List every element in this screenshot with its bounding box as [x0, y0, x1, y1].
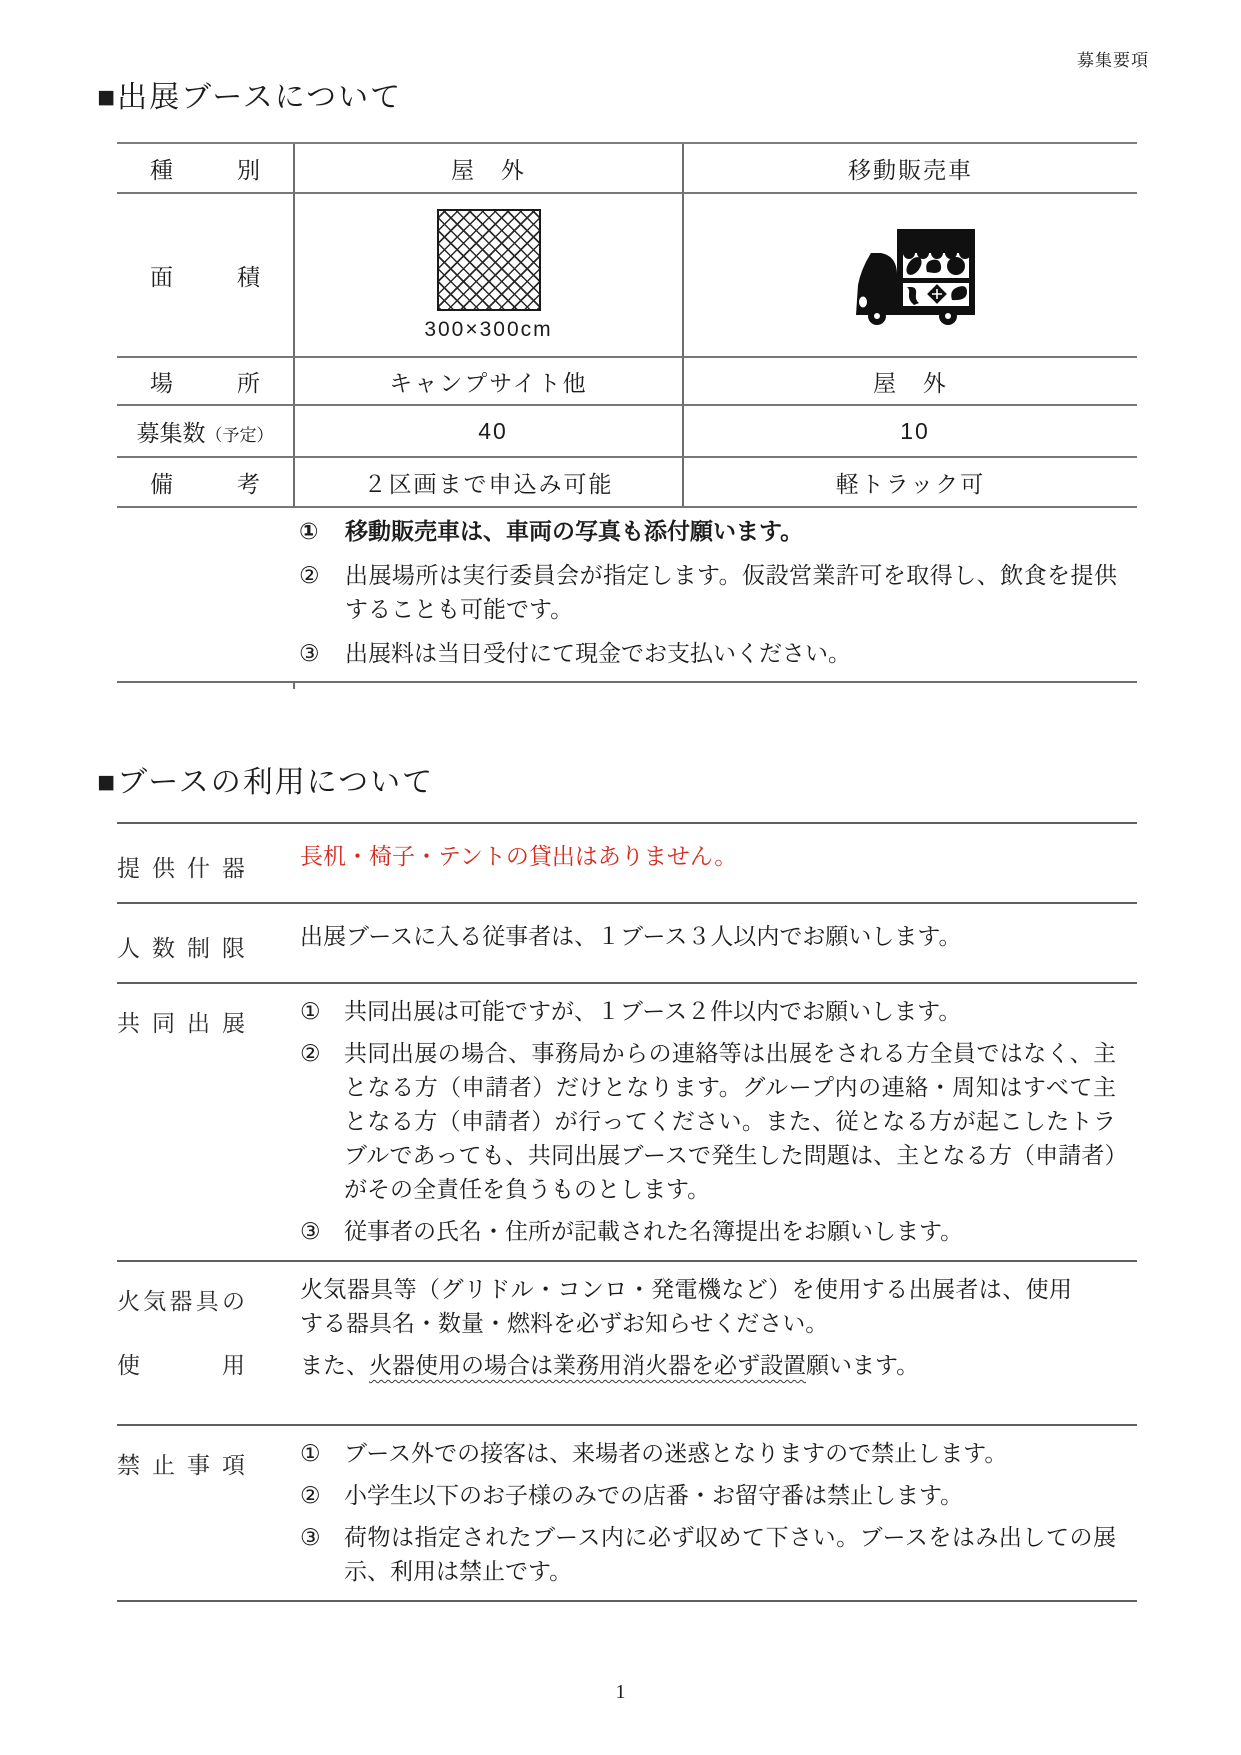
usage-section-title: ■ブースの利用について [97, 757, 434, 801]
usage-table: 提供什器 長机・椅子・テントの貸出はありません。 人数制限 出展ブースに入る従事… [117, 822, 1137, 1602]
note-number: ① [299, 514, 345, 548]
corner-label: 募集要項 [1077, 46, 1149, 71]
usage-row-fire-equipment: 火気器具の 使用 火気器具等（グリドル・コンロ・発電機など）を使用する出展者は、… [117, 1262, 1137, 1426]
row-label-prohibitions: 禁止事項 [117, 1448, 245, 1482]
row-label-staff-limit: 人数制限 [117, 931, 245, 965]
underlined-requirement: 火器使用の場合は業務用消火器を必ず設置 [369, 1352, 806, 1378]
staff-limit-text: 出展ブースに入る従事者は、１ブース３人以内でお願いします。 [300, 919, 1072, 965]
note-item: ③ 出展料は当日受付にて現金でお支払いください。 [299, 636, 1147, 670]
note-item: ① 移動販売車は、車両の写真も添付願います。 [299, 514, 1147, 548]
row-label-joint-exhibit: 共同出展 [117, 1006, 245, 1040]
fixtures-text: 長机・椅子・テントの貸出はありません。 [300, 839, 1072, 885]
usage-row-prohibitions: 禁止事項 ① ブース外での接客は、来場者の迷惑となりますので禁止します。 ② 小… [117, 1426, 1137, 1602]
note-number: ② [299, 558, 345, 626]
joint-exhibit-items: ① 共同出展は可能ですが、１ブース２件以内でお願いします。 ② 共同出展の場合、… [300, 994, 1137, 1248]
booth-table-row-label: 種別 [117, 144, 293, 194]
usage-row-label-cell: 禁止事項 [117, 1436, 300, 1588]
item-text: 共同出展の場合、事務局からの連絡等は出展をされる方全員ではなく、主となる方（申請… [344, 1036, 1116, 1206]
item-text: ブース外での接客は、来場者の迷惑となりますので禁止します。 [344, 1436, 1116, 1470]
row-label-fire-line2: 使用 [117, 1348, 245, 1382]
booth-notes: ① 移動販売車は、車両の写真も添付願います。 ② 出展場所は実行委員会が指定しま… [299, 514, 1147, 680]
list-item: ① 共同出展は可能ですが、１ブース２件以内でお願いします。 [300, 994, 1137, 1028]
fire-equipment-text: 火気器具等（グリドル・コンロ・発電機など）を使用する出展者は、使用する器具名・数… [300, 1272, 1072, 1340]
usage-row-label-cell: 提供什器 [117, 839, 300, 885]
note-number: ③ [299, 636, 345, 670]
list-item: ③ 荷物は指定されたブース内に必ず収めて下さい。ブースをはみ出しての展示、利用は… [300, 1520, 1137, 1588]
item-text: 小学生以下のお子様のみでの店番・お留守番は禁止します。 [344, 1478, 1116, 1512]
section-divider [117, 681, 1137, 683]
item-number: ② [300, 1036, 344, 1206]
fire-equipment-body: 火気器具等（グリドル・コンロ・発電機など）を使用する出展者は、使用する器具名・数… [300, 1272, 1137, 1412]
hatched-area-square [437, 209, 541, 311]
item-text: 共同出展は可能ですが、１ブース２件以内でお願いします。 [344, 994, 1116, 1028]
list-item: ③ 従事者の氏名・住所が記載された名簿提出をお願いします。 [300, 1214, 1137, 1248]
booth-section-title: ■出展ブースについて [97, 72, 402, 116]
booth-table-row-label: 募集数 （予定） [117, 406, 293, 458]
row-label-fire-line1: 火気器具の [117, 1284, 245, 1318]
cell-remarks-outdoor: ２区画まで申込み可能 [293, 458, 682, 508]
cell-type-outdoor: 屋 外 [293, 144, 682, 194]
usage-row-joint-exhibit: 共同出展 ① 共同出展は可能ですが、１ブース２件以内でお願いします。 ② 共同出… [117, 984, 1137, 1262]
usage-row-label-cell: 火気器具の 使用 [117, 1272, 300, 1412]
row-label-place: 場所 [150, 365, 260, 398]
item-number: ① [300, 1436, 344, 1470]
booth-table-row-label: 備考 [117, 458, 293, 508]
row-label-type: 種別 [150, 152, 260, 185]
cell-place-outdoor: キャンプサイト他 [293, 358, 682, 406]
list-item: ② 共同出展の場合、事務局からの連絡等は出展をされる方全員ではなく、主となる方（… [300, 1036, 1137, 1206]
booth-table: 種別 屋 外 移動販売車 面積 300×300cm [117, 142, 1137, 508]
item-number: ① [300, 994, 344, 1028]
document-page: 募集要項 ■出展ブースについて 種別 屋 外 移動販売車 面積 300×300c… [0, 0, 1241, 1755]
row-label-remarks: 備考 [150, 466, 260, 499]
item-number: ③ [300, 1214, 344, 1248]
area-size-caption: 300×300cm [424, 318, 552, 342]
fire-extinguisher-line: また、火器使用の場合は業務用消火器を必ず設置願います。 [300, 1348, 1072, 1382]
booth-table-row-label: 場所 [117, 358, 293, 406]
list-item: ② 小学生以下のお子様のみでの店番・お留守番は禁止します。 [300, 1478, 1137, 1512]
item-number: ③ [300, 1520, 344, 1588]
item-number: ② [300, 1478, 344, 1512]
row-label-fixtures: 提供什器 [117, 851, 245, 885]
cell-area-outdoor: 300×300cm [293, 194, 682, 358]
note-text: 出展場所は実行委員会が指定します。仮設営業許可を取得し、飲食を提供することも可能… [345, 558, 1117, 626]
food-truck-icon [835, 223, 987, 327]
page-number: 1 [0, 1681, 1241, 1704]
item-text: 荷物は指定されたブース内に必ず収めて下さい。ブースをはみ出しての展示、利用は禁止… [344, 1520, 1116, 1588]
usage-row-staff-limit: 人数制限 出展ブースに入る従事者は、１ブース３人以内でお願いします。 [117, 904, 1137, 984]
booth-table-row-label: 面積 [117, 194, 293, 358]
note-text: 移動販売車は、車両の写真も添付願います。 [345, 514, 1117, 548]
note-item: ② 出展場所は実行委員会が指定します。仮設営業許可を取得し、飲食を提供することも… [299, 558, 1147, 626]
note-text: 出展料は当日受付にて現金でお支払いください。 [345, 636, 1117, 670]
prohibition-items: ① ブース外での接客は、来場者の迷惑となりますので禁止します。 ② 小学生以下の… [300, 1436, 1137, 1588]
usage-row-fixtures: 提供什器 長机・椅子・テントの貸出はありません。 [117, 824, 1137, 904]
row-label-capacity: 募集数 （予定） [137, 415, 274, 448]
cell-capacity-truck: 10 [682, 406, 1137, 458]
list-item: ① ブース外での接客は、来場者の迷惑となりますので禁止します。 [300, 1436, 1137, 1470]
cell-capacity-outdoor: 40 [293, 406, 682, 458]
item-text: 従事者の氏名・住所が記載された名簿提出をお願いします。 [344, 1214, 1116, 1248]
row-label-area: 面積 [150, 259, 260, 292]
usage-row-label-cell: 人数制限 [117, 919, 300, 965]
cell-area-truck [682, 194, 1137, 358]
cell-type-truck: 移動販売車 [682, 144, 1137, 194]
usage-row-label-cell: 共同出展 [117, 994, 300, 1248]
divider-tick [293, 683, 295, 689]
cell-remarks-truck: 軽トラック可 [682, 458, 1137, 508]
cell-place-truck: 屋 外 [682, 358, 1137, 406]
